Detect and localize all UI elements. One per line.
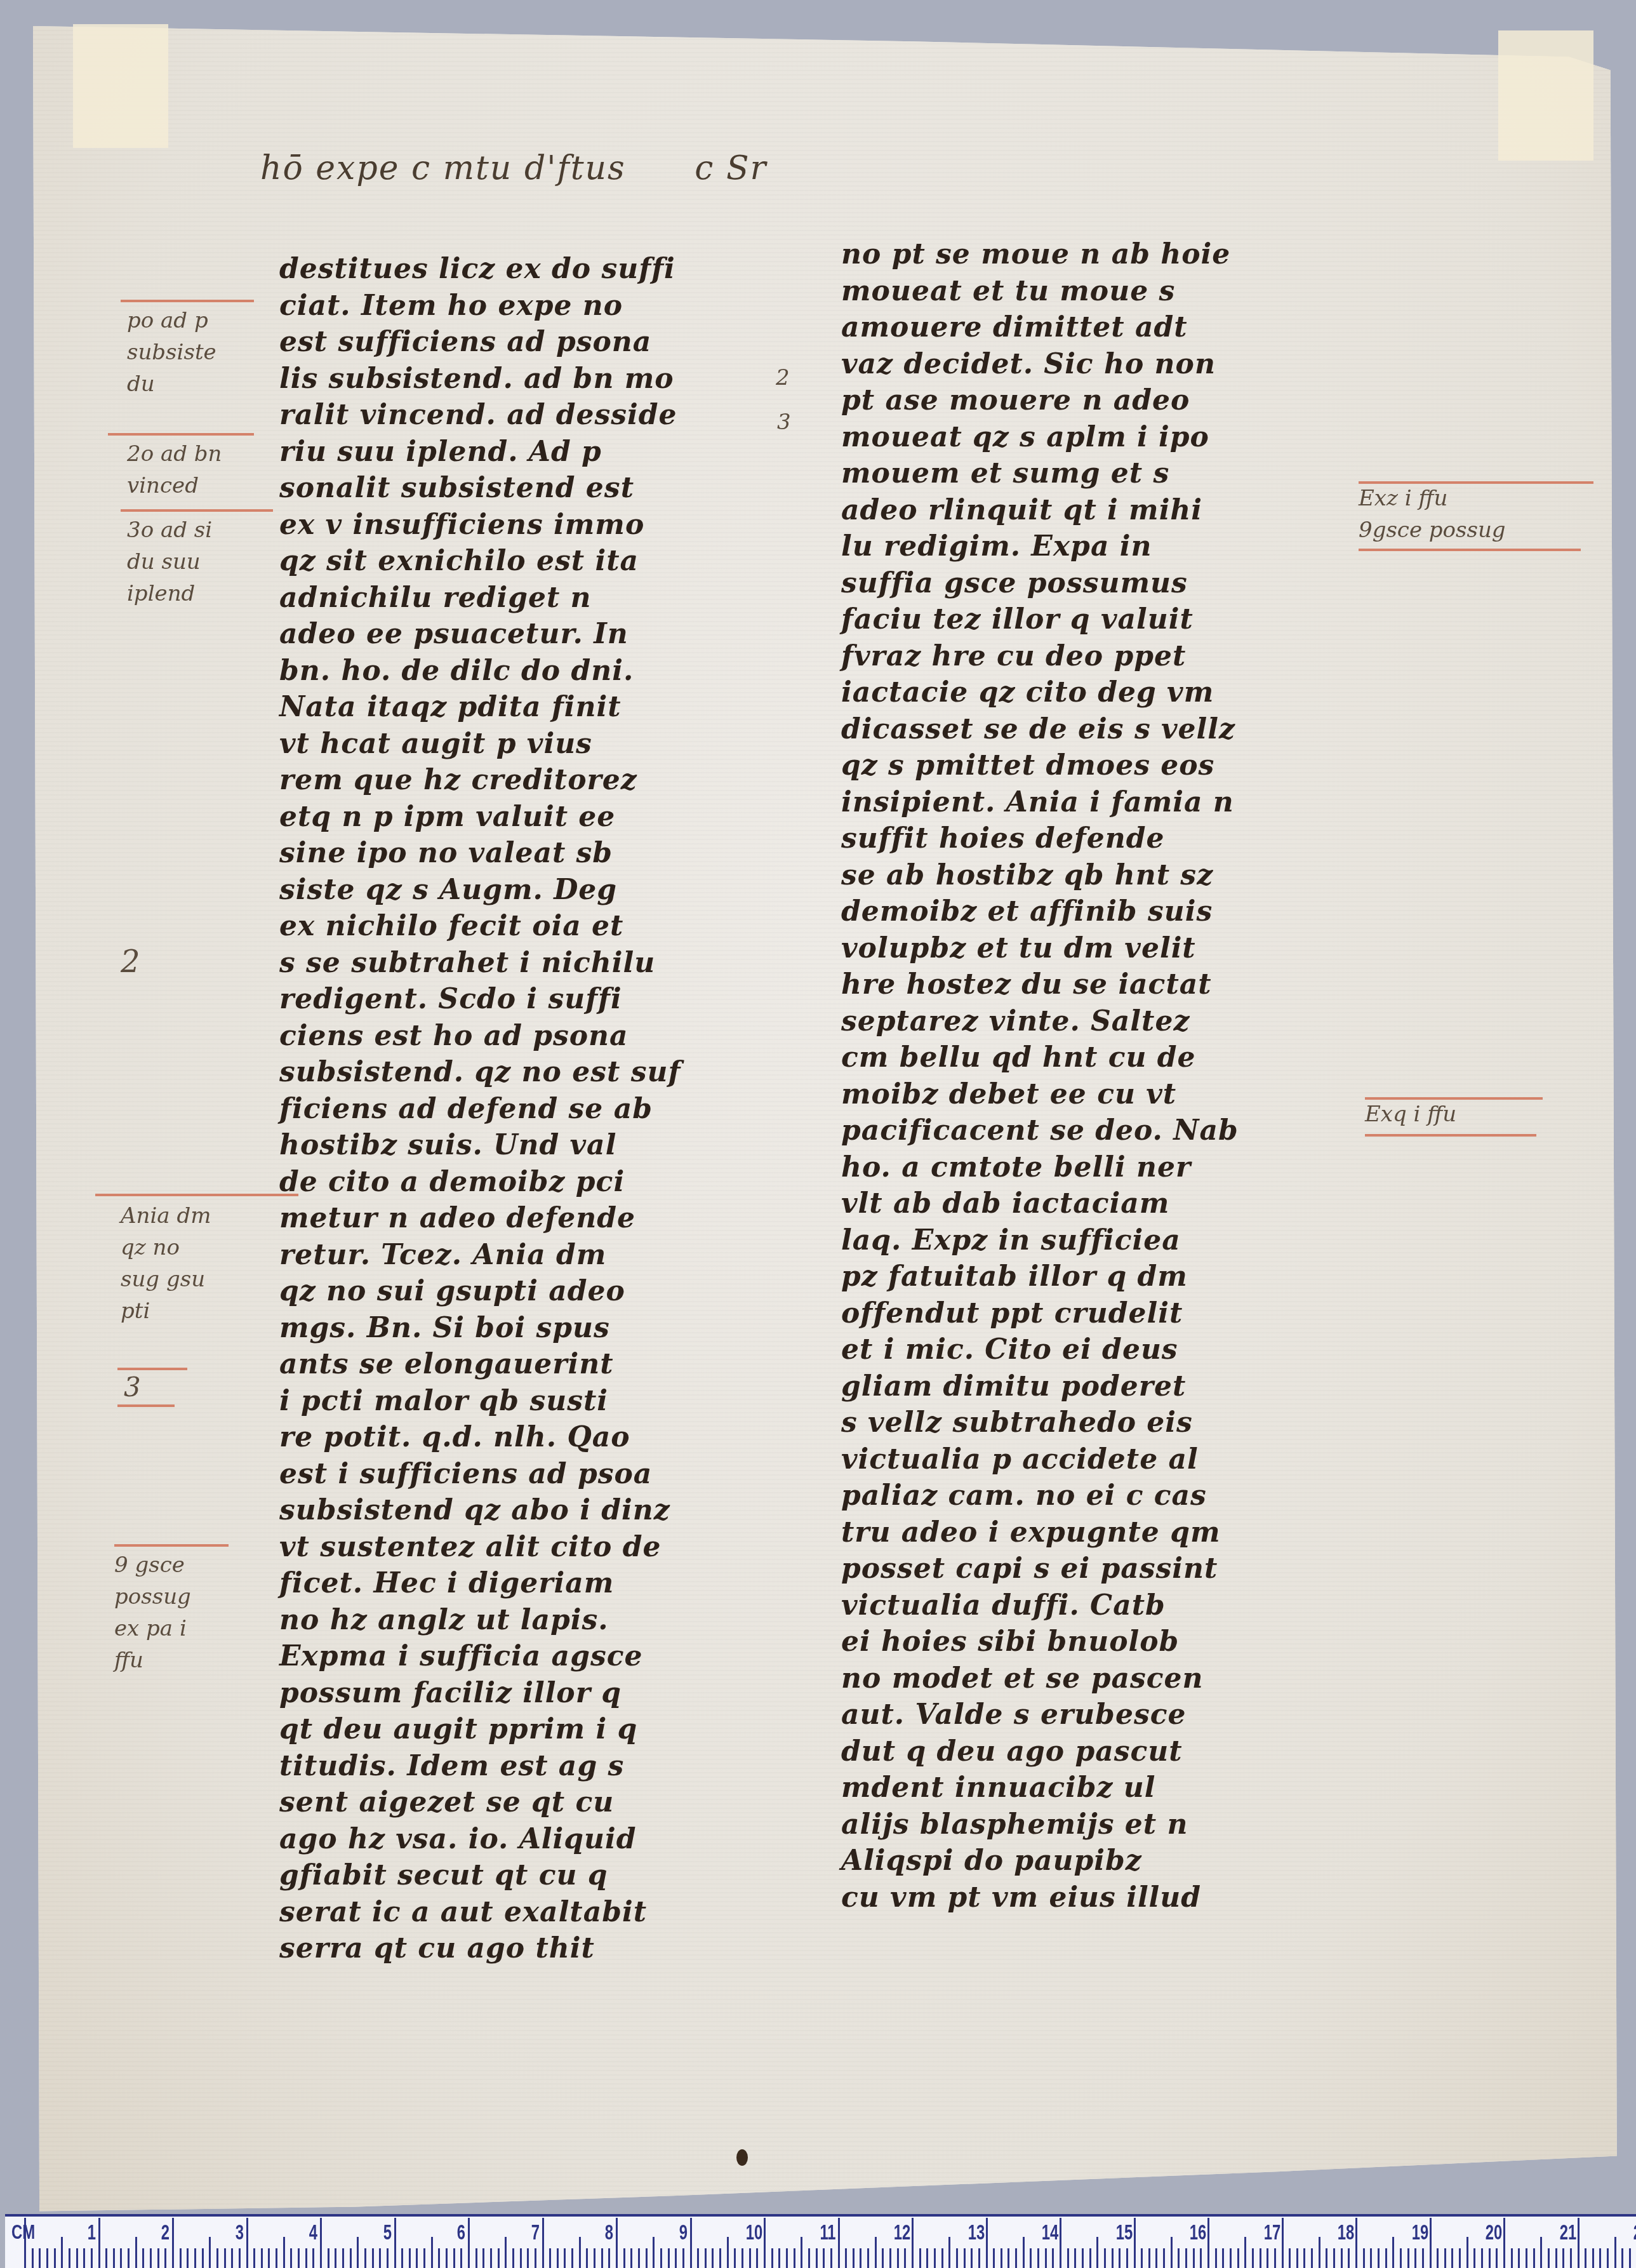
ruler-tick [180, 2248, 182, 2268]
ruler-number: 12 [894, 2220, 910, 2245]
manuscript-line: sine ipo no valeat sb [279, 835, 736, 872]
manuscript-line: pz fatuitab illor q dm [841, 1258, 1324, 1295]
ruler-tick [564, 2248, 566, 2268]
manuscript-line: ants se elongauerint [279, 1346, 736, 1383]
ruler-tick [875, 2237, 877, 2268]
ruler-tick [1171, 2237, 1173, 2268]
ruler-tick [1430, 2218, 1432, 2268]
ruler-number: 19 [1411, 2220, 1428, 2245]
ruler-tick [1333, 2248, 1335, 2268]
column-numeral-3: 3 [777, 406, 791, 438]
ruler-unit-label: CM [11, 2220, 35, 2244]
gloss-line: ex pa i [114, 1613, 191, 1644]
ruler-tick [705, 2248, 707, 2268]
ruler-tick [357, 2237, 359, 2268]
ruler-tick [742, 2248, 743, 2268]
ruler-tick [1060, 2218, 1061, 2268]
manuscript-line: re potit. q.d. nlh. Qao [279, 1419, 736, 1456]
worm-hole [736, 2149, 748, 2166]
manuscript-line: se ab hostibz qb hnt sz [841, 857, 1324, 894]
ruler-tick [1414, 2248, 1416, 2268]
ruler-tick [1148, 2248, 1150, 2268]
manuscript-line: no pt se moue n ab hoie [841, 236, 1324, 273]
ruler-tick [1267, 2248, 1268, 2268]
ruler-tick [1341, 2248, 1343, 2268]
ruler-tick [69, 2248, 70, 2268]
ruler-tick [771, 2248, 773, 2268]
manuscript-line: suffia gsce possumus [841, 565, 1324, 602]
gloss-line: pti [121, 1295, 211, 1327]
ruler-tick [557, 2248, 559, 2268]
manuscript-line: est sufficiens ad psona [279, 324, 736, 361]
margin-gloss-left-1: po ad p subsiste du [127, 305, 216, 400]
ruler-tick [816, 2248, 818, 2268]
ruler-tick [1104, 2248, 1106, 2268]
ruler-tick [342, 2248, 344, 2268]
ruler-tick [948, 2237, 950, 2268]
ruler-tick [246, 2218, 248, 2268]
ruler-tick [1193, 2248, 1195, 2268]
ruler-tick [120, 2248, 122, 2268]
gloss-line: 9gsce possug [1359, 514, 1506, 546]
manuscript-line: i pcti malor qb susti [279, 1383, 736, 1420]
ruler-tick [24, 2218, 26, 2268]
manuscript-line: et i mic. Cito ei deus [841, 1331, 1324, 1368]
manuscript-line: Aliqspi do paupibz [841, 1843, 1324, 1879]
manuscript-line: ex v insufficiens immo [279, 507, 736, 544]
ruler-tick [224, 2248, 226, 2268]
manuscript-line: vt hcat augit p vius [279, 726, 736, 763]
ruler-number: 21 [1559, 2220, 1576, 2245]
gloss-line: possug [114, 1581, 191, 1613]
ruler-tick [1274, 2248, 1276, 2268]
ruler-tick [328, 2248, 329, 2268]
ruler-tick [934, 2248, 936, 2268]
ruler-tick [1585, 2248, 1586, 2268]
ruler-tick [401, 2248, 403, 2268]
ruler-tick [830, 2248, 832, 2268]
ruler-tick [1444, 2248, 1446, 2268]
margin-gloss-left-4: Ania dm qz no sug gsu pti [121, 1200, 211, 1327]
text-column-b: no pt se moue n ab hoiemoueat et tu moue… [841, 236, 1324, 1916]
ruler-tick [135, 2237, 137, 2268]
ruler-tick [1215, 2248, 1217, 2268]
margin-gloss-left-2: 2o ad bn vinced [127, 438, 222, 502]
ruler-tick [1311, 2248, 1313, 2268]
ruler-number: 7 [531, 2220, 539, 2245]
ruler-tick [446, 2248, 448, 2268]
manuscript-line: pacificacent se deo. Nab [841, 1112, 1324, 1149]
ruler-tick [1526, 2248, 1527, 2268]
ruler-tick [1437, 2248, 1439, 2268]
gloss-line: 3o ad si [127, 514, 212, 546]
ruler-tick [1548, 2248, 1550, 2268]
ruler-tick [379, 2248, 381, 2268]
ruler-tick [1326, 2248, 1327, 2268]
gloss-line: Exq i ffu [1365, 1098, 1456, 1130]
ruler-tick [823, 2248, 825, 2268]
ruler-tick [1511, 2248, 1513, 2268]
ruler-tick [764, 2218, 766, 2268]
ruler-tick [1319, 2237, 1320, 2268]
ruler-tick [690, 2218, 692, 2268]
ruler-tick [1030, 2248, 1032, 2268]
margin-gloss-left-5: 9 gsce possug ex pa i ffu [114, 1549, 191, 1676]
ruler-tick [1282, 2218, 1284, 2268]
margin-gloss-right-2: Exq i ffu [1365, 1098, 1456, 1130]
ruler-tick [719, 2248, 721, 2268]
ruler-tick [1562, 2248, 1564, 2268]
ruler-tick [668, 2248, 670, 2268]
ruler-tick [1370, 2248, 1372, 2268]
ruler-number: 22 [1633, 2220, 1636, 2245]
margin-numeral-3: 3 [124, 1371, 141, 1403]
ruler-number: 5 [383, 2220, 391, 2245]
ruler-tick [1222, 2248, 1224, 2268]
manuscript-line: ciens est ho ad psona [279, 1018, 736, 1055]
manuscript-line: dicasset se de eis s vellz [841, 711, 1324, 748]
ruler-tick [312, 2248, 314, 2268]
ruler-tick [904, 2248, 906, 2268]
manuscript-line: septarez vinte. Saltez [841, 1003, 1324, 1040]
ruler-tick [460, 2248, 462, 2268]
ruler-tick [187, 2248, 189, 2268]
ruler-tick [1074, 2248, 1076, 2268]
manuscript-line: offendut ppt crudelit [841, 1295, 1324, 1332]
ruler-tick [1244, 2237, 1246, 2268]
ruler-tick [675, 2248, 677, 2268]
manuscript-line: insipient. Ania i famia n [841, 784, 1324, 821]
ruler-tick [616, 2218, 618, 2268]
ruler-tick [912, 2218, 914, 2268]
ruler-tick [756, 2248, 758, 2268]
ruler-tick [1503, 2218, 1505, 2268]
ruler-tick [150, 2248, 152, 2268]
manuscript-line: qt deu augit pprim i q [279, 1711, 736, 1748]
ruler-tick [394, 2218, 396, 2268]
manuscript-line: laq. Expz in sufficiea [841, 1222, 1324, 1259]
ruler-tick [209, 2237, 211, 2268]
ruler-number: 15 [1115, 2220, 1132, 2245]
gloss-line: 2 [121, 946, 140, 978]
manuscript-line: serat ic a aut exaltabit [279, 1894, 736, 1931]
ruler-tick [1489, 2248, 1491, 2268]
ruler-tick [409, 2248, 411, 2268]
manuscript-line: paliaz cam. no ei c cas [841, 1478, 1324, 1514]
gloss-line: qz no [121, 1232, 211, 1264]
ruler-tick [298, 2248, 300, 2268]
manuscript-line: mouem et sumg et s [841, 455, 1324, 492]
ruler-tick [231, 2248, 233, 2268]
ruler-tick [387, 2248, 389, 2268]
ruler-tick [653, 2237, 655, 2268]
ruler-tick [320, 2218, 322, 2268]
ruler-tick [786, 2248, 788, 2268]
manuscript-line: no hz anglz ut lapis. [279, 1602, 736, 1639]
ruler-tick [889, 2248, 891, 2268]
manuscript-line: vt sustentez alit cito de [279, 1529, 736, 1566]
text-column-a: destitues licz ex do sufficiat. Item ho … [279, 251, 736, 1967]
ruler-tick [1540, 2237, 1542, 2268]
ruler-tick [1178, 2248, 1180, 2268]
manuscript-line: iactacie qz cito deg vm [841, 674, 1324, 711]
ruler-number: 16 [1190, 2220, 1206, 2245]
manuscript-line: tru adeo i expugnte qm [841, 1514, 1324, 1551]
ruler-tick [1355, 2218, 1357, 2268]
ruler-tick [838, 2218, 840, 2268]
ruler-tick [527, 2248, 529, 2268]
ruler-number: 8 [605, 2220, 613, 2245]
ruler-tick [808, 2248, 810, 2268]
manuscript-line: faciu tez illor q valuit [841, 601, 1324, 638]
manuscript-line: metur n adeo defende [279, 1200, 736, 1237]
manuscript-line: ei hoies sibi bnuolob [841, 1624, 1324, 1660]
gloss-line: sug gsu [121, 1264, 211, 1295]
ruler-tick [749, 2248, 751, 2268]
ruler-tick [853, 2248, 855, 2268]
ruler-tick [1459, 2248, 1461, 2268]
ruler-tick [1518, 2248, 1520, 2268]
ruler-tick [283, 2237, 285, 2268]
ruler-tick [1303, 2248, 1305, 2268]
ruler-tick [845, 2248, 847, 2268]
ruler-tick [61, 2237, 63, 2268]
manuscript-line: subsistend qz abo i dinz [279, 1492, 736, 1529]
folio-mark: c Sr [695, 149, 767, 187]
ruler-tick [194, 2248, 196, 2268]
ruler-tick [482, 2248, 484, 2268]
ruler-tick [261, 2248, 263, 2268]
manuscript-line: mgs. Bn. Si boi spus [279, 1310, 736, 1347]
manuscript-line: possum faciliz illor q [279, 1675, 736, 1712]
column-numeral-2: 2 [776, 362, 790, 394]
ruler-tick [520, 2248, 522, 2268]
ruler-tick [1289, 2248, 1291, 2268]
manuscript-line: cu vm pt vm eius illud [841, 1879, 1324, 1916]
ruler-tick [535, 2248, 536, 2268]
ruler-tick [1392, 2237, 1394, 2268]
ruler-tick [956, 2248, 958, 2268]
ruler-tick [594, 2248, 595, 2268]
ruler-tick [926, 2248, 928, 2268]
ruler-tick [164, 2248, 166, 2268]
ruler-tick [986, 2218, 988, 2268]
ruler-tick [1533, 2248, 1535, 2268]
ruler-tick [1082, 2248, 1084, 2268]
manuscript-line: sonalit subsistend est [279, 470, 736, 507]
ruler-tick [571, 2248, 573, 2268]
ruler-tick [505, 2237, 507, 2268]
manuscript-line: riu suu iplend. Ad p [279, 434, 736, 470]
ruler-tick [1067, 2248, 1069, 2268]
manuscript-line: destitues licz ex do suffi [279, 251, 736, 288]
mounting-tape-right [1498, 30, 1593, 161]
ruler-tick [268, 2248, 270, 2268]
manuscript-line: victualia p accidete al [841, 1441, 1324, 1478]
ruler-tick [490, 2248, 492, 2268]
ruler-tick [1363, 2248, 1365, 2268]
manuscript-line: hre hostez du se iactat [841, 966, 1324, 1003]
manuscript-line: mdent innuacibz ul [841, 1770, 1324, 1806]
ruler-tick [142, 2248, 144, 2268]
ruler-tick [364, 2248, 366, 2268]
ruler-number: 20 [1486, 2220, 1502, 2245]
ruler-tick [801, 2237, 802, 2268]
ruler-tick [1481, 2248, 1483, 2268]
manuscript-line: serra qt cu ago thit [279, 1930, 736, 1967]
ruler-tick [253, 2248, 255, 2268]
manuscript-line: aut. Valde s erubesce [841, 1697, 1324, 1733]
ruler-tick [964, 2248, 966, 2268]
ruler-tick [660, 2248, 662, 2268]
ruler-tick [202, 2248, 204, 2268]
ruler-tick [882, 2248, 884, 2268]
ruler-tick [542, 2218, 544, 2268]
ruler-tick [1089, 2248, 1091, 2268]
ruler-tick [335, 2248, 336, 2268]
ruler-tick [105, 2248, 107, 2268]
ruler-tick [549, 2248, 551, 2268]
ruler-tick [1473, 2248, 1475, 2268]
manuscript-line: moueat qz s aplm i ipo [841, 419, 1324, 456]
ruler-number: 3 [235, 2220, 243, 2245]
manuscript-line: hostibz suis. Und val [279, 1127, 736, 1164]
manuscript-line: bn. ho. de dilc do dni. [279, 653, 736, 690]
ruler-tick [608, 2248, 610, 2268]
manuscript-line: adeo rlinquit qt i mihi [841, 492, 1324, 529]
ruler-tick [1230, 2248, 1232, 2268]
manuscript-line: titudis. Idem est ag s [279, 1748, 736, 1785]
ruler-tick [1614, 2237, 1616, 2268]
numeral: 2 [776, 365, 790, 390]
running-head-text: hō expe c mtu d'ftus [260, 149, 626, 187]
ruler-tick [172, 2218, 174, 2268]
gloss-line: 3 [124, 1371, 141, 1403]
ruler-tick [778, 2248, 780, 2268]
ruler-tick [1001, 2248, 1002, 2268]
ruler-tick [157, 2248, 159, 2268]
ruler-tick [1023, 2237, 1025, 2268]
gloss-line: Exz i ffu [1359, 483, 1506, 514]
manuscript-line: lis subsistend. ad bn mo [279, 361, 736, 397]
ruler-tick [1378, 2248, 1380, 2268]
ruler-tick [1607, 2248, 1609, 2268]
manuscript-line: retur. Tcez. Ania dm [279, 1237, 736, 1274]
ruler-tick [431, 2237, 433, 2268]
manuscript-line: ralit vincend. ad desside [279, 397, 736, 434]
ruler-tick [1015, 2248, 1017, 2268]
ruler-tick [1385, 2248, 1387, 2268]
manuscript-line: gfiabit secut qt cu q [279, 1857, 736, 1894]
manuscript-line: demoibz et affinib suis [841, 893, 1324, 930]
manuscript-line: ficet. Hec i digeriam [279, 1565, 736, 1602]
ruler-tick [1629, 2248, 1631, 2268]
ruler-tick [897, 2248, 899, 2268]
ruler-tick [54, 2248, 56, 2268]
ruler-tick [91, 2248, 93, 2268]
ruler-tick [941, 2248, 943, 2268]
ruler-tick [1052, 2248, 1054, 2268]
ruler-tick [727, 2237, 729, 2268]
ruler-tick [867, 2248, 869, 2268]
ruler-tick [579, 2237, 581, 2268]
manuscript-line: moueat et tu moue s [841, 273, 1324, 310]
ruler-tick [512, 2248, 514, 2268]
ruler-tick [1237, 2248, 1239, 2268]
ruler-tick [1185, 2248, 1187, 2268]
ruler-tick [98, 2218, 100, 2268]
manuscript-line: qz s pmittet dmoes eos [841, 747, 1324, 784]
ruler-tick [1422, 2248, 1424, 2268]
manuscript-line: adnichilu rediget n [279, 580, 736, 617]
ruler-tick [113, 2248, 115, 2268]
manuscript-line: sent aigezet se qt cu [279, 1784, 736, 1821]
ruler-tick [1126, 2248, 1128, 2268]
ruler-tick [1451, 2248, 1453, 2268]
manuscript-line: fvraz hre cu deo ppet [841, 638, 1324, 675]
ruler-tick [216, 2248, 218, 2268]
ruler-tick [239, 2248, 241, 2268]
ruler-tick [76, 2248, 78, 2268]
manuscript-line: suffit hoies defende [841, 820, 1324, 857]
manuscript-line: cm bellu qd hnt cu de [841, 1039, 1324, 1076]
ruler-tick [39, 2248, 41, 2268]
ruler-tick [1141, 2248, 1143, 2268]
manuscript-line: redigent. Scdo i suffi [279, 981, 736, 1018]
manuscript-line: ficiens ad defend se ab [279, 1091, 736, 1128]
mounting-tape-left [73, 24, 168, 148]
manuscript-line: victualia duffi. Catb [841, 1587, 1324, 1624]
gloss-line: subsiste [127, 337, 216, 368]
ruler-tick [697, 2248, 699, 2268]
ruler-tick [586, 2248, 588, 2268]
manuscript-line: alijs blasphemijs et n [841, 1806, 1324, 1843]
ruler-number: 11 [820, 2220, 835, 2245]
ruler-tick [1119, 2248, 1121, 2268]
ruler-tick [468, 2218, 470, 2268]
ruler-tick [1407, 2248, 1409, 2268]
centimeter-ruler: CM 12345678910111213141516171819202122 [5, 2214, 1636, 2268]
ruler-number: 14 [1042, 2220, 1058, 2245]
ruler-tick [860, 2248, 861, 2268]
ruler-tick [1570, 2248, 1572, 2268]
ruler-tick [1200, 2248, 1202, 2268]
manuscript-line: adeo ee psuacetur. In [279, 616, 736, 653]
manuscript-line: posset capi s ei passint [841, 1551, 1324, 1587]
ruler-number: 17 [1263, 2220, 1280, 2245]
ruler-tick [682, 2248, 684, 2268]
manuscript-line: amouere dimittet adt [841, 309, 1324, 346]
manuscript-line: gliam dimitu poderet [841, 1368, 1324, 1405]
gloss-line: du suu [127, 546, 212, 578]
ruler-tick [919, 2248, 921, 2268]
manuscript-line: subsistend. qz no est suf [279, 1054, 736, 1091]
ruler-tick [498, 2248, 500, 2268]
gloss-line: iplend [127, 578, 212, 610]
ruler-tick [1348, 2248, 1350, 2268]
manuscript-line: s vellz subtrahedo eis [841, 1404, 1324, 1441]
manuscript-line: ago hz vsa. io. Aliquid [279, 1821, 736, 1858]
ruler-number: 13 [968, 2220, 984, 2245]
ruler-tick [276, 2248, 277, 2268]
ruler-number: 1 [87, 2220, 95, 2245]
gloss-line: 9 gsce [114, 1549, 191, 1581]
ruler-tick [416, 2248, 418, 2268]
ruler-tick [623, 2248, 625, 2268]
manuscript-line: vlt ab dab iactaciam [841, 1185, 1324, 1222]
ruler-tick [630, 2248, 632, 2268]
ruler-tick [1496, 2248, 1498, 2268]
